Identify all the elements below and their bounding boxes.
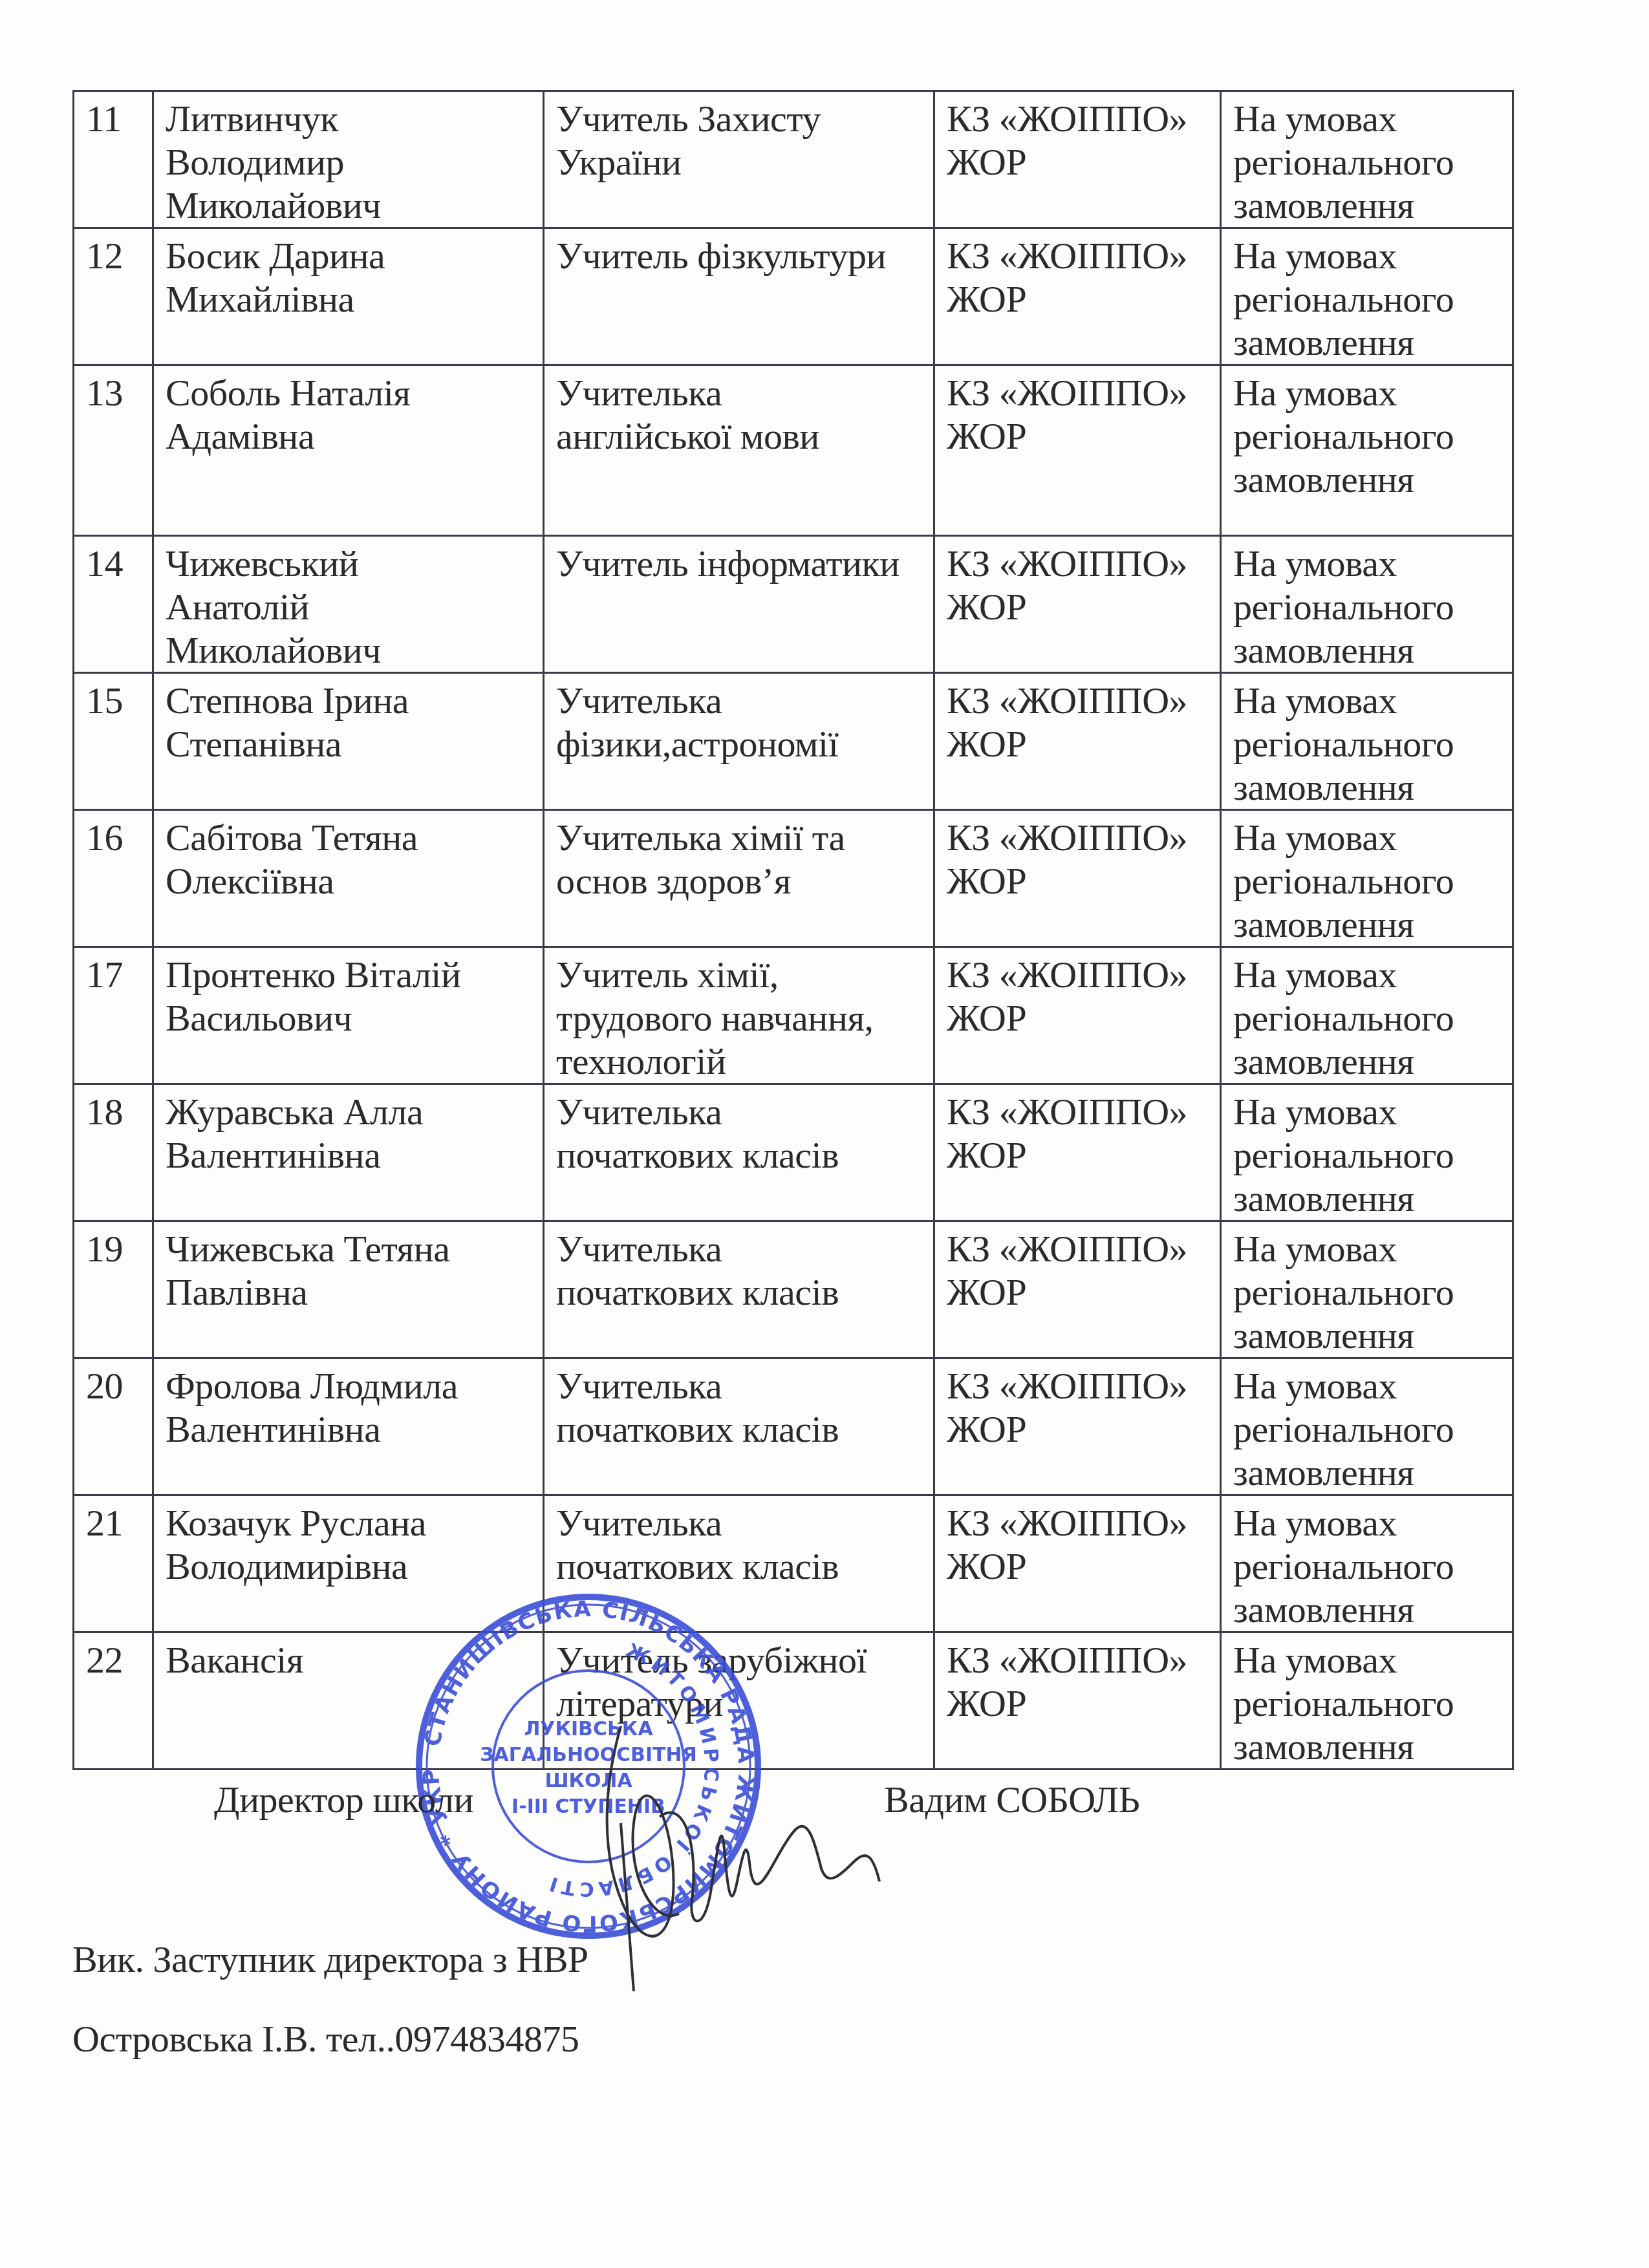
institution-cell-line: ЖОР bbox=[947, 140, 1211, 184]
condition-cell-line: замовлення bbox=[1233, 1451, 1503, 1494]
employee-name-line: Степнова Ірина bbox=[166, 679, 533, 722]
position-cell-line: України bbox=[556, 140, 924, 184]
position-cell-line: Учителька bbox=[556, 679, 924, 722]
row-number: 14 bbox=[74, 536, 153, 673]
position-cell-line: технологій bbox=[556, 1040, 924, 1083]
institution-cell-line: КЗ «ЖОІППО» bbox=[947, 953, 1211, 996]
position-cell: Учителькапочаткових класів bbox=[544, 1358, 934, 1495]
institution-cell-line: ЖОР bbox=[947, 1407, 1211, 1451]
position-cell: Учителькапочаткових класів bbox=[544, 1084, 934, 1221]
employee-name: Соболь НаталіяАдамівна bbox=[153, 365, 544, 536]
position-cell: Учитель хімії,трудового навчання,техноло… bbox=[544, 947, 934, 1084]
condition-cell-line: замовлення bbox=[1233, 765, 1503, 809]
position-cell-line: англійської мови bbox=[556, 414, 924, 458]
table-row: 21Козачук РусланаВолодимирівнаУчителькап… bbox=[74, 1495, 1513, 1632]
employee-name-line: Степанівна bbox=[166, 722, 533, 765]
row-number: 21 bbox=[74, 1495, 153, 1632]
institution-cell-line: КЗ «ЖОІППО» bbox=[947, 542, 1211, 585]
table-row: 16Сабітова ТетянаОлексіївнаУчителька хім… bbox=[74, 810, 1513, 947]
institution-cell: КЗ «ЖОІППО»ЖОР bbox=[934, 673, 1221, 810]
institution-cell: КЗ «ЖОІППО»ЖОР bbox=[934, 228, 1221, 365]
employee-name: Журавська АллаВалентинівна bbox=[153, 1084, 544, 1221]
row-number-line: 18 bbox=[86, 1090, 143, 1133]
table-row: 19Чижевська ТетянаПавлівнаУчителькапочат… bbox=[74, 1221, 1513, 1358]
condition-cell-line: На умовах bbox=[1233, 1638, 1503, 1682]
institution-cell-line: ЖОР bbox=[947, 1682, 1211, 1725]
condition-cell-line: На умовах bbox=[1233, 371, 1503, 414]
table-row: 17Пронтенко ВіталійВасильовичУчитель хім… bbox=[74, 947, 1513, 1084]
condition-cell-line: замовлення bbox=[1233, 458, 1503, 501]
institution-cell-line: ЖОР bbox=[947, 585, 1211, 628]
position-cell-line: Учителька bbox=[556, 1364, 924, 1407]
condition-cell-line: замовлення bbox=[1233, 628, 1503, 672]
employee-name-line: Васильович bbox=[166, 996, 533, 1040]
row-number: 22 bbox=[74, 1632, 153, 1770]
employee-name: Сабітова ТетянаОлексіївна bbox=[153, 810, 544, 947]
condition-cell-line: замовлення bbox=[1233, 184, 1503, 227]
condition-cell-line: замовлення bbox=[1233, 321, 1503, 364]
condition-cell-line: замовлення bbox=[1233, 1588, 1503, 1631]
row-number: 15 bbox=[74, 673, 153, 810]
row-number-line: 14 bbox=[86, 542, 143, 585]
institution-cell-line: КЗ «ЖОІППО» bbox=[947, 1501, 1211, 1545]
institution-cell-line: ЖОР bbox=[947, 722, 1211, 765]
institution-cell-line: ЖОР bbox=[947, 859, 1211, 903]
condition-cell-line: регіонального bbox=[1233, 585, 1503, 628]
institution-cell: КЗ «ЖОІППО»ЖОР bbox=[934, 1495, 1221, 1632]
employee-name: Фролова ЛюдмилаВалентинівна bbox=[153, 1358, 544, 1495]
institution-cell-line: КЗ «ЖОІППО» bbox=[947, 1638, 1211, 1682]
position-cell-line: основ здоров’я bbox=[556, 859, 924, 903]
position-cell-line: початкових класів bbox=[556, 1407, 924, 1451]
employee-name-line: Журавська Алла bbox=[166, 1090, 533, 1133]
condition-cell-line: замовлення bbox=[1233, 1314, 1503, 1357]
institution-cell-line: ЖОР bbox=[947, 1545, 1211, 1588]
row-number-line: 19 bbox=[86, 1227, 143, 1270]
employee-name-line: Чижевська Тетяна bbox=[166, 1227, 533, 1270]
condition-cell-line: регіонального bbox=[1233, 859, 1503, 903]
position-cell-line: початкових класів bbox=[556, 1545, 924, 1588]
row-number: 17 bbox=[74, 947, 153, 1084]
employee-name-line: Володимир bbox=[166, 140, 533, 184]
employee-name: Пронтенко ВіталійВасильович bbox=[153, 947, 544, 1084]
employee-name-line: Чижевський bbox=[166, 542, 533, 585]
condition-cell: На умовахрегіональногозамовлення bbox=[1221, 1221, 1513, 1358]
table-row: 15Степнова ІринаСтепанівнаУчителькафізик… bbox=[74, 673, 1513, 810]
condition-cell-line: регіонального bbox=[1233, 1270, 1503, 1314]
condition-cell: На умовахрегіональногозамовлення bbox=[1221, 673, 1513, 810]
position-cell-line: Учитель Захисту bbox=[556, 97, 924, 140]
condition-cell: На умовахрегіональногозамовлення bbox=[1221, 228, 1513, 365]
staff-table-body: 11ЛитвинчукВолодимирМиколайовичУчитель З… bbox=[74, 91, 1513, 1770]
institution-cell-line: ЖОР bbox=[947, 277, 1211, 321]
position-cell: Учителькафізики,астрономії bbox=[544, 673, 934, 810]
institution-cell-line: КЗ «ЖОІППО» bbox=[947, 1227, 1211, 1270]
table-row: 11ЛитвинчукВолодимирМиколайовичУчитель З… bbox=[74, 91, 1513, 228]
row-number: 20 bbox=[74, 1358, 153, 1495]
institution-cell: КЗ «ЖОІППО»ЖОР bbox=[934, 1084, 1221, 1221]
table-row: 14ЧижевськийАнатолійМиколайовичУчитель і… bbox=[74, 536, 1513, 673]
employee-name-line: Фролова Людмила bbox=[166, 1364, 533, 1407]
condition-cell-line: регіонального bbox=[1233, 1682, 1503, 1725]
employee-name-line: Босик Дарина bbox=[166, 234, 533, 277]
condition-cell-line: На умовах bbox=[1233, 1364, 1503, 1407]
table-row: 18Журавська АллаВалентинівнаУчителькапоч… bbox=[74, 1084, 1513, 1221]
row-number-line: 12 bbox=[86, 234, 143, 277]
table-row: 20Фролова ЛюдмилаВалентинівнаУчителькапо… bbox=[74, 1358, 1513, 1495]
position-cell-line: Учителька bbox=[556, 1090, 924, 1133]
condition-cell-line: регіонального bbox=[1233, 1133, 1503, 1177]
row-number: 11 bbox=[74, 91, 153, 228]
condition-cell-line: На умовах bbox=[1233, 953, 1503, 996]
condition-cell: На умовахрегіональногозамовлення bbox=[1221, 1358, 1513, 1495]
table-row: 13Соболь НаталіяАдамівнаУчителькаанглійс… bbox=[74, 365, 1513, 536]
employee-name-line: Козачук Руслана bbox=[166, 1501, 533, 1545]
institution-cell: КЗ «ЖОІППО»ЖОР bbox=[934, 810, 1221, 947]
row-number-line: 17 bbox=[86, 953, 143, 996]
institution-cell-line: ЖОР bbox=[947, 1133, 1211, 1177]
employee-name-line: Олексіївна bbox=[166, 859, 533, 903]
row-number-line: 16 bbox=[86, 816, 143, 859]
director-title: Директор школи bbox=[214, 1778, 473, 1821]
employee-name-line: Литвинчук bbox=[166, 97, 533, 140]
row-number-line: 13 bbox=[86, 371, 143, 414]
position-cell: Учителькапочаткових класів bbox=[544, 1221, 934, 1358]
condition-cell: На умовахрегіональногозамовлення bbox=[1221, 365, 1513, 536]
condition-cell-line: регіонального bbox=[1233, 722, 1503, 765]
institution-cell: КЗ «ЖОІППО»ЖОР bbox=[934, 365, 1221, 536]
condition-cell: На умовахрегіональногозамовлення bbox=[1221, 810, 1513, 947]
employee-name-line: Миколайович bbox=[166, 184, 533, 227]
condition-cell-line: На умовах bbox=[1233, 542, 1503, 585]
staff-table: 11ЛитвинчукВолодимирМиколайовичУчитель З… bbox=[72, 90, 1514, 1770]
condition-cell: На умовахрегіональногозамовлення bbox=[1221, 1632, 1513, 1770]
institution-cell-line: ЖОР bbox=[947, 1270, 1211, 1314]
institution-cell-line: КЗ «ЖОІППО» bbox=[947, 1364, 1211, 1407]
position-cell-line: Учитель фізкультури bbox=[556, 234, 924, 277]
condition-cell-line: замовлення bbox=[1233, 1725, 1503, 1768]
position-cell-line: Учителька хімії та bbox=[556, 816, 924, 859]
position-cell: Учителька хімії таоснов здоров’я bbox=[544, 810, 934, 947]
position-cell-line: трудового навчання, bbox=[556, 996, 924, 1040]
condition-cell-line: регіонального bbox=[1233, 1545, 1503, 1588]
institution-cell-line: КЗ «ЖОІППО» bbox=[947, 679, 1211, 722]
row-number: 12 bbox=[74, 228, 153, 365]
employee-name-line: Сабітова Тетяна bbox=[166, 816, 533, 859]
position-cell: Учитель інформатики bbox=[544, 536, 934, 673]
row-number-line: 11 bbox=[86, 97, 143, 140]
position-cell-line: фізики,астрономії bbox=[556, 722, 924, 765]
employee-name-line: Володимирівна bbox=[166, 1545, 533, 1588]
row-number: 16 bbox=[74, 810, 153, 947]
employee-name-line: Валентинівна bbox=[166, 1407, 533, 1451]
employee-name-line: Анатолій bbox=[166, 585, 533, 628]
employee-name: Степнова ІринаСтепанівна bbox=[153, 673, 544, 810]
position-cell: Учитель фізкультури bbox=[544, 228, 934, 365]
condition-cell: На умовахрегіональногозамовлення bbox=[1221, 947, 1513, 1084]
contact-line: Островська І.В. тел..0974834875 bbox=[72, 2017, 579, 2060]
director-signature bbox=[582, 1720, 944, 1991]
position-cell-line: Учителька bbox=[556, 1227, 924, 1270]
deputy-line: Вик. Заступник директора з НВР bbox=[72, 1938, 588, 1981]
position-cell: Учитель ЗахистуУкраїни bbox=[544, 91, 934, 228]
position-cell-line: Учителька bbox=[556, 371, 924, 414]
condition-cell-line: замовлення bbox=[1233, 903, 1503, 946]
condition-cell-line: регіонального bbox=[1233, 140, 1503, 184]
condition-cell-line: На умовах bbox=[1233, 679, 1503, 722]
condition-cell-line: На умовах bbox=[1233, 1090, 1503, 1133]
condition-cell-line: замовлення bbox=[1233, 1177, 1503, 1220]
row-number: 13 bbox=[74, 365, 153, 536]
employee-name-line: Миколайович bbox=[166, 628, 533, 672]
employee-name-line: Валентинівна bbox=[166, 1133, 533, 1177]
condition-cell-line: На умовах bbox=[1233, 97, 1503, 140]
position-cell-line: початкових класів bbox=[556, 1133, 924, 1177]
condition-cell-line: На умовах bbox=[1233, 1227, 1503, 1270]
condition-cell-line: На умовах bbox=[1233, 234, 1503, 277]
row-number-line: 22 bbox=[86, 1638, 143, 1682]
condition-cell-line: регіонального bbox=[1233, 1407, 1503, 1451]
condition-cell-line: замовлення bbox=[1233, 1040, 1503, 1083]
row-number-line: 21 bbox=[86, 1501, 143, 1545]
employee-name: Чижевська ТетянаПавлівна bbox=[153, 1221, 544, 1358]
table-row: 12Босик ДаринаМихайлівнаУчитель фізкульт… bbox=[74, 228, 1513, 365]
institution-cell: КЗ «ЖОІППО»ЖОР bbox=[934, 1632, 1221, 1770]
condition-cell-line: На умовах bbox=[1233, 816, 1503, 859]
employee-name-line: Адамівна bbox=[166, 414, 533, 458]
document-page: 11ЛитвинчукВолодимирМиколайовичУчитель З… bbox=[0, 0, 1649, 2268]
condition-cell-line: На умовах bbox=[1233, 1501, 1503, 1545]
institution-cell-line: ЖОР bbox=[947, 996, 1211, 1040]
institution-cell-line: ЖОР bbox=[947, 414, 1211, 458]
institution-cell-line: КЗ «ЖОІППО» bbox=[947, 371, 1211, 414]
institution-cell-line: КЗ «ЖОІППО» bbox=[947, 97, 1211, 140]
condition-cell: На умовахрегіональногозамовлення bbox=[1221, 1084, 1513, 1221]
condition-cell: На умовахрегіональногозамовлення bbox=[1221, 1495, 1513, 1632]
employee-name-line: Михайлівна bbox=[166, 277, 533, 321]
employee-name-line: Павлівна bbox=[166, 1270, 533, 1314]
institution-cell: КЗ «ЖОІППО»ЖОР bbox=[934, 947, 1221, 1084]
institution-cell: КЗ «ЖОІППО»ЖОР bbox=[934, 536, 1221, 673]
position-cell-line: Учитель хімії, bbox=[556, 953, 924, 996]
condition-cell: На умовахрегіональногозамовлення bbox=[1221, 536, 1513, 673]
institution-cell: КЗ «ЖОІППО»ЖОР bbox=[934, 1221, 1221, 1358]
institution-cell-line: КЗ «ЖОІППО» bbox=[947, 1090, 1211, 1133]
position-cell: Учителькаанглійської мови bbox=[544, 365, 934, 536]
employee-name: ЛитвинчукВолодимирМиколайович bbox=[153, 91, 544, 228]
employee-name-line: Соболь Наталія bbox=[166, 371, 533, 414]
row-number-line: 20 bbox=[86, 1364, 143, 1407]
position-cell-line: Учителька bbox=[556, 1501, 924, 1545]
institution-cell-line: КЗ «ЖОІППО» bbox=[947, 234, 1211, 277]
condition-cell-line: регіонального bbox=[1233, 996, 1503, 1040]
institution-cell-line: КЗ «ЖОІППО» bbox=[947, 816, 1211, 859]
position-cell-line: Учитель інформатики bbox=[556, 542, 924, 585]
position-cell-line: початкових класів bbox=[556, 1270, 924, 1314]
row-number: 18 bbox=[74, 1084, 153, 1221]
employee-name: Босик ДаринаМихайлівна bbox=[153, 228, 544, 365]
employee-name: ЧижевськийАнатолійМиколайович bbox=[153, 536, 544, 673]
condition-cell-line: регіонального bbox=[1233, 414, 1503, 458]
condition-cell: На умовахрегіональногозамовлення bbox=[1221, 91, 1513, 228]
row-number: 19 bbox=[74, 1221, 153, 1358]
institution-cell: КЗ «ЖОІППО»ЖОР bbox=[934, 91, 1221, 228]
employee-name-line: Пронтенко Віталій bbox=[166, 953, 533, 996]
institution-cell: КЗ «ЖОІППО»ЖОР bbox=[934, 1358, 1221, 1495]
director-name: Вадим СОБОЛЬ bbox=[884, 1778, 1139, 1821]
condition-cell-line: регіонального bbox=[1233, 277, 1503, 321]
row-number-line: 15 bbox=[86, 679, 143, 722]
